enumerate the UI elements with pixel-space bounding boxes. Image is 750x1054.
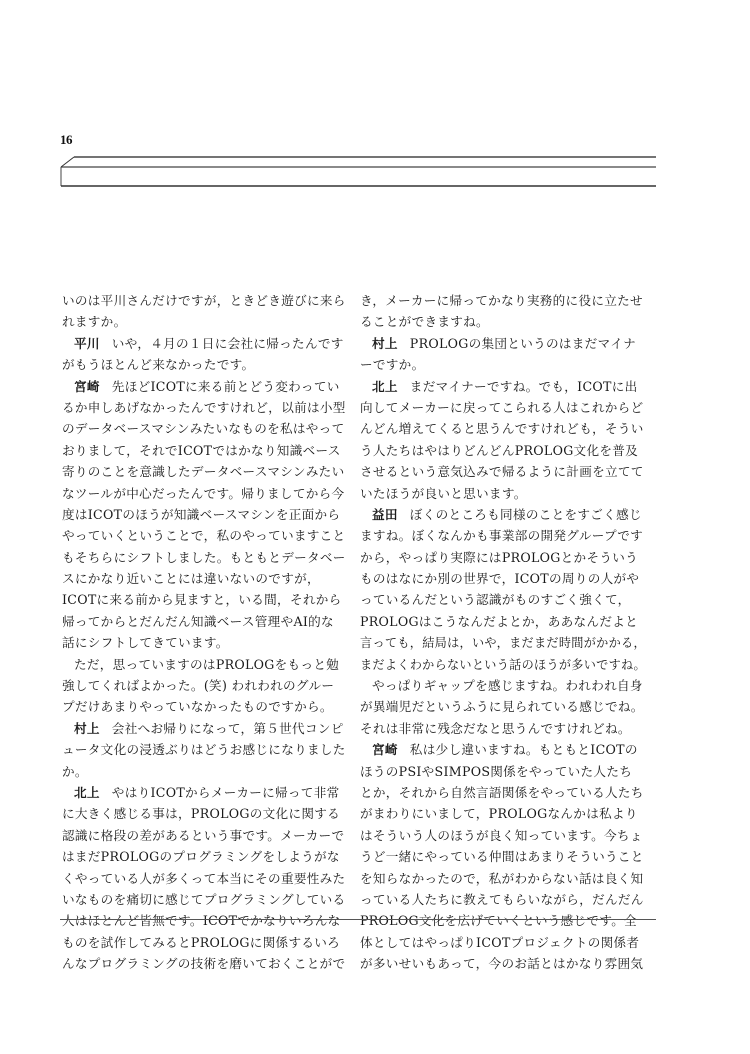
line-text: を知らなかったので，私がわからない話は良く知 <box>360 871 643 886</box>
text-line: 認識に格段の差があるという事です。メーカーで <box>62 825 350 846</box>
text-line: 村上会社へお帰りになって，第５世代コンピ <box>62 718 350 739</box>
line-text: やっぱりギャップを感じますね。われわれ自身 <box>372 678 643 693</box>
line-text: るか申しあげなかったんですけれど，以前は小型 <box>62 400 346 415</box>
text-line: るか申しあげなかったんですけれど，以前は小型 <box>62 397 350 418</box>
text-line: に大きく感じる事は，PROLOGの文化に関する <box>62 803 350 824</box>
speaker-name: 村上 <box>74 721 100 736</box>
text-line: から，やっぱり実際にはPROLOGとかそういう <box>360 547 648 568</box>
line-text: ほうのPSIやSIMPOS関係をやっていた人たち <box>360 764 632 779</box>
text-line: 宮崎先ほどICOTに来る前とどう変わってい <box>62 376 350 397</box>
page-number: 16 <box>60 132 72 148</box>
text-line: れますか。 <box>62 311 350 332</box>
line-text: させるという意気込みで帰るように計画を立てて <box>360 464 644 479</box>
text-line: 村上PROLOGの集団というのはまだマイナ <box>360 333 648 354</box>
text-line: スにかなり近いことには違いないのですが， <box>62 568 350 589</box>
line-text: おりまして，それでICOTではかなり知識ベース <box>62 443 341 458</box>
text-line: 話にシフトしてきています。 <box>62 632 350 653</box>
text-line: やっぱりギャップを感じますね。われわれ自身 <box>360 675 648 696</box>
text-line: が異端児だというふうに見られている感じでね。 <box>360 696 648 717</box>
speaker-name: 宮崎 <box>74 379 100 394</box>
line-text: ものを試作してみるとPROLOGに関係するいろ <box>62 935 340 950</box>
text-line: 益田ぼくのところも同様のことをすごく感じ <box>360 504 648 525</box>
line-text: プだけあまりやっていなかったものですから。 <box>62 699 333 714</box>
line-text: っている人たちに教えてもらいながら，だんだん <box>360 892 644 907</box>
text-line: ものを試作してみるとPROLOGに関係するいろ <box>62 932 350 953</box>
text-line: PROLOG文化を広げていくという感じです。全 <box>360 910 648 931</box>
text-line: ほうのPSIやSIMPOS関係をやっていた人たち <box>360 761 648 782</box>
text-line: んどん増えてくると思うんですけれども，そうい <box>360 418 648 439</box>
line-text: なツールが中心だったんです。帰りましてから今 <box>62 486 344 501</box>
text-line: なツールが中心だったんです。帰りましてから今 <box>62 483 350 504</box>
line-text: はそういう人のほうが良く知っています。今ちょ <box>360 828 643 843</box>
line-text: うど一緒にやっている仲間はあまりそういうこと <box>360 849 644 864</box>
line-text: のデータベースマシンみたいなものを私はやって <box>62 421 344 436</box>
line-text: 強してくればよかった。(笑) われわれのグルー <box>62 678 334 693</box>
line-text: はまだPROLOGのプログラミングをしようがな <box>62 849 340 864</box>
speaker-name: 北上 <box>372 379 398 394</box>
line-text: とか，それから自然言語関係をやっている人たち <box>360 785 644 800</box>
line-text: から，やっぱり実際にはPROLOGとかそういう <box>360 550 638 565</box>
line-text: 人はほとんど皆無です。ICOTでかなりいろんな <box>62 913 341 928</box>
line-text: う人たちはやはりどんどんPROLOG文化を普及 <box>360 443 638 458</box>
text-line: 体としてはやっぱりICOTプロジェクトの関係者 <box>360 932 648 953</box>
text-line: 言っても，結局は，いや，まだまだ時間がかかる， <box>360 632 638 653</box>
line-text: スにかなり近いことには違いないのですが， <box>62 571 320 586</box>
line-text: 私は少し違いますね。もともとICOTの <box>410 742 638 757</box>
line-text: ICOTに来る前から見ますと，いる間，それから <box>62 592 342 607</box>
line-text: 認識に格段の差があるという事です。メーカーで <box>62 828 344 843</box>
text-line: 寄りのことを意識したデータベースマシンみたい <box>62 461 350 482</box>
line-text: か。 <box>62 764 88 779</box>
text-line: がまわりにいまして，PROLOGなんかは私より <box>360 803 648 824</box>
text-line: 北上まだマイナーですね。でも，ICOTに出 <box>360 376 648 397</box>
text-line: とか，それから自然言語関係をやっている人たち <box>360 782 648 803</box>
line-text: ュータ文化の浸透ぶりはどうお感じになりました <box>62 742 346 757</box>
text-line: のデータベースマシンみたいなものを私はやって <box>62 418 350 439</box>
line-text: がもうほとんど来なかったです。 <box>62 357 254 372</box>
line-text: ーですか。 <box>360 357 424 372</box>
line-text: 会社へお帰りになって，第５世代コンピ <box>112 721 344 736</box>
text-line: 度はICOTのほうが知識ベースマシンを正面から <box>62 504 350 525</box>
left-column: いのは平川さんだけですが，ときどき遊びに来られますか。平川いや，４月の１日に会社… <box>62 290 350 975</box>
text-line: んなプログラミングの技術を磨いておくことがで <box>62 953 350 974</box>
speaker-name: 北上 <box>74 785 100 800</box>
line-text: んどん増えてくると思うんですけれども，そうい <box>360 421 644 436</box>
line-text: に大きく感じる事は，PROLOGの文化に関する <box>62 806 340 821</box>
text-line: う人たちはやはりどんどんPROLOG文化を普及 <box>360 440 648 461</box>
text-line: が多いせいもあって，今のお話とはかなり雰囲気 <box>360 953 648 974</box>
text-line: を知らなかったので，私がわからない話は良く知 <box>360 868 648 889</box>
line-text: やっていくということで，私のやっていますこと <box>62 528 345 543</box>
line-text: ただ，思っていますのはPROLOGをもっと勉 <box>74 657 339 672</box>
line-text: いのは平川さんだけですが，ときどき遊びに来ら <box>62 293 346 308</box>
text-line: やっていくということで，私のやっていますこと <box>62 525 350 546</box>
speaker-name: 村上 <box>372 336 398 351</box>
text-line: き，メーカーに帰ってかなり実務的に役に立たせ <box>360 290 648 311</box>
text-line: それは非常に残念だなと思うんですけれどね。 <box>360 718 648 739</box>
line-text: PROLOG文化を広げていくという感じです。全 <box>360 913 637 928</box>
text-line: ーですか。 <box>360 354 648 375</box>
line-text: やはりICOTからメーカーに帰って非常 <box>112 785 340 800</box>
text-line: 人はほとんど皆無です。ICOTでかなりいろんな <box>62 910 350 931</box>
text-line: がもうほとんど来なかったです。 <box>62 354 350 375</box>
line-text: いなものを痛切に感じてプログラミングしている <box>62 892 345 907</box>
line-text: ますね。ぼくなんかも事業部の開発グループです <box>360 528 643 543</box>
text-line: ュータ文化の浸透ぶりはどうお感じになりました <box>62 739 350 760</box>
line-text: ることができますね。 <box>360 314 489 329</box>
line-text: ぼくのところも同様のことをすごく感じ <box>410 507 642 522</box>
line-text: それは非常に残念だなと思うんですけれどね。 <box>360 721 631 736</box>
text-line: ICOTに来る前から見ますと，いる間，それから <box>62 589 350 610</box>
article-body: いのは平川さんだけですが，ときどき遊びに来られますか。平川いや，４月の１日に会社… <box>62 290 662 910</box>
text-line: いたほうが良いと思います。 <box>360 483 648 504</box>
line-text: 帰ってからとだんだん知識ベース管理やAI的な <box>62 614 334 629</box>
text-line: っているんだという認識がものすごく強くて， <box>360 589 648 610</box>
text-line: もそちらにシフトしました。もともとデータベー <box>62 547 350 568</box>
text-line: まだよくわからないという話のほうが多いですね。 <box>360 654 638 675</box>
text-line: うど一緒にやっている仲間はあまりそういうこと <box>360 846 648 867</box>
line-text: んなプログラミングの技術を磨いておくことがで <box>62 956 345 971</box>
text-line: 帰ってからとだんだん知識ベース管理やAI的な <box>62 611 350 632</box>
text-line: っている人たちに教えてもらいながら，だんだん <box>360 889 648 910</box>
text-line: はそういう人のほうが良く知っています。今ちょ <box>360 825 648 846</box>
text-line: PROLOGはこうなんだよとか，ああなんだよと <box>360 611 648 632</box>
line-text: 言っても，結局は，いや，まだまだ時間がかかる， <box>360 635 646 650</box>
line-text: き，メーカーに帰ってかなり実務的に役に立たせ <box>360 293 643 308</box>
text-line: いなものを痛切に感じてプログラミングしている <box>62 889 350 910</box>
text-line: おりまして，それでICOTではかなり知識ベース <box>62 440 350 461</box>
text-line: 平川いや，４月の１日に会社に帰ったんです <box>62 333 350 354</box>
line-text: まだよくわからないという話のほうが多いですね。 <box>360 657 646 672</box>
line-text: 先ほどICOTに来る前とどう変わってい <box>112 379 340 394</box>
bottom-rule <box>60 919 656 920</box>
text-line: させるという意気込みで帰るように計画を立てて <box>360 461 648 482</box>
line-text: っているんだという認識がものすごく強くて， <box>360 592 631 607</box>
speaker-name: 益田 <box>372 507 398 522</box>
header-band-decoration <box>58 152 658 192</box>
line-text: 度はICOTのほうが知識ベースマシンを正面から <box>62 507 340 522</box>
text-line: 向してメーカーに戻ってこられる人はこれからど <box>360 397 648 418</box>
line-text: れますか。 <box>62 314 126 329</box>
line-text: PROLOGの集団というのはまだマイナ <box>410 336 636 351</box>
text-line: ますね。ぼくなんかも事業部の開発グループです <box>360 525 648 546</box>
line-text: もそちらにシフトしました。もともとデータベー <box>62 550 346 565</box>
text-line: いのは平川さんだけですが，ときどき遊びに来ら <box>62 290 350 311</box>
text-line: くやっている人が多くって本当にその重要性みた <box>62 868 350 889</box>
line-text: いたほうが良いと思います。 <box>360 486 527 501</box>
line-text: ものはなにか別の世界で，ICOTの周りの人がや <box>360 571 639 586</box>
text-line: か。 <box>62 761 350 782</box>
speaker-name: 平川 <box>74 336 100 351</box>
text-line: ものはなにか別の世界で，ICOTの周りの人がや <box>360 568 648 589</box>
text-line: プだけあまりやっていなかったものですから。 <box>62 696 350 717</box>
line-text: が多いせいもあって，今のお話とはかなり雰囲気 <box>360 956 643 971</box>
text-line: 北上やはりICOTからメーカーに帰って非常 <box>62 782 350 803</box>
line-text: いや，４月の１日に会社に帰ったんです <box>112 336 344 351</box>
line-text: くやっている人が多くって本当にその重要性みた <box>62 871 345 886</box>
line-text: がまわりにいまして，PROLOGなんかは私より <box>360 806 638 821</box>
line-text: PROLOGはこうなんだよとか，ああなんだよと <box>360 614 638 629</box>
line-text: まだマイナーですね。でも，ICOTに出 <box>410 379 638 394</box>
text-line: 強してくればよかった。(笑) われわれのグルー <box>62 675 350 696</box>
line-text: 向してメーカーに戻ってこられる人はこれからど <box>360 400 643 415</box>
line-text: 話にシフトしてきています。 <box>62 635 229 650</box>
text-line: ただ，思っていますのはPROLOGをもっと勉 <box>62 654 350 675</box>
right-column: き，メーカーに帰ってかなり実務的に役に立たせることができますね。村上PROLOG… <box>360 290 648 975</box>
text-line: ることができますね。 <box>360 311 648 332</box>
speaker-name: 宮崎 <box>372 742 398 757</box>
text-line: はまだPROLOGのプログラミングをしようがな <box>62 846 350 867</box>
text-line: 宮崎私は少し違いますね。もともとICOTの <box>360 739 648 760</box>
line-text: が異端児だというふうに見られている感じでね。 <box>360 699 644 714</box>
line-text: 寄りのことを意識したデータベースマシンみたい <box>62 464 344 479</box>
line-text: 体としてはやっぱりICOTプロジェクトの関係者 <box>360 935 639 950</box>
